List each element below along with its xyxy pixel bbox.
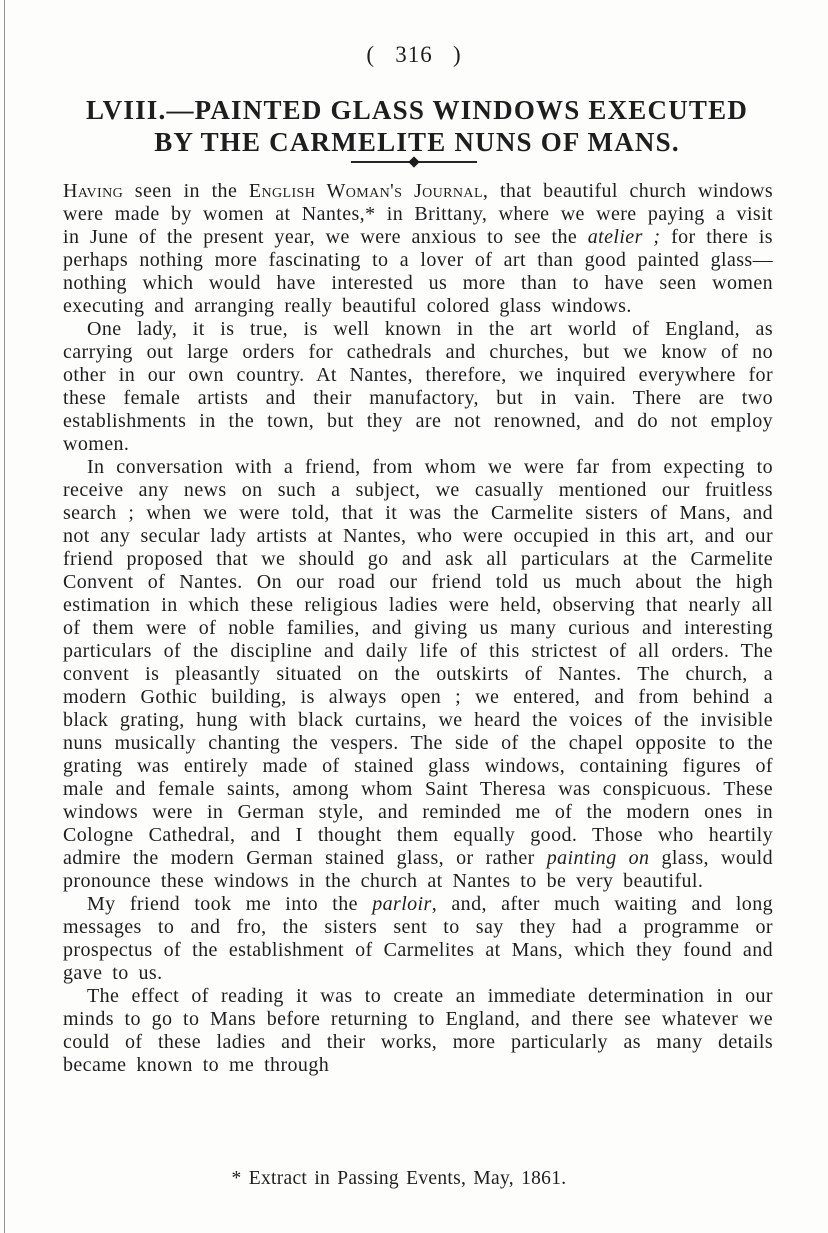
paragraph: My friend took me into the parloir, and,…: [63, 893, 773, 985]
text-run-smallcaps: English Woman's Journal: [249, 180, 483, 202]
paragraph: One lady, it is true, is well known in t…: [63, 318, 773, 456]
text-run-normal: One lady, it is true, is well known in t…: [63, 318, 773, 455]
page-number: ( 316 ): [0, 42, 828, 68]
scan-gutter-line: [4, 0, 5, 1233]
text-run-normal: seen in the: [123, 180, 249, 202]
text-run-italic: atelier ;: [588, 226, 661, 248]
article-title-line1: LVIII.—PAINTED GLASS WINDOWS EXECUTED: [30, 94, 804, 126]
article-title: LVIII.—PAINTED GLASS WINDOWS EXECUTED BY…: [30, 94, 804, 158]
paragraph: Having seen in the English Woman's Journ…: [63, 180, 773, 318]
article-title-line2: BY THE CARMELITE NUNS OF MANS.: [30, 126, 804, 158]
text-run-normal: In conversation with a friend, from whom…: [63, 456, 773, 869]
text-run-normal: The effect of reading it was to create a…: [63, 985, 773, 1076]
footnote: * Extract in Passing Events, May, 1861.: [0, 1168, 798, 1190]
text-run-italic: parloir: [372, 893, 431, 915]
paragraph: The effect of reading it was to create a…: [63, 985, 773, 1077]
text-run-smallcaps: Having: [63, 180, 123, 202]
text-run-italic: painting on: [547, 847, 650, 869]
text-run-normal: My friend took me into the: [87, 893, 372, 915]
paragraph: In conversation with a friend, from whom…: [63, 456, 773, 893]
scanned-document-page: ( 316 ) LVIII.—PAINTED GLASS WINDOWS EXE…: [0, 0, 828, 1233]
body-text: Having seen in the English Woman's Journ…: [63, 180, 773, 1077]
section-divider: [351, 157, 477, 167]
diamond-ornament-icon: [408, 156, 419, 167]
